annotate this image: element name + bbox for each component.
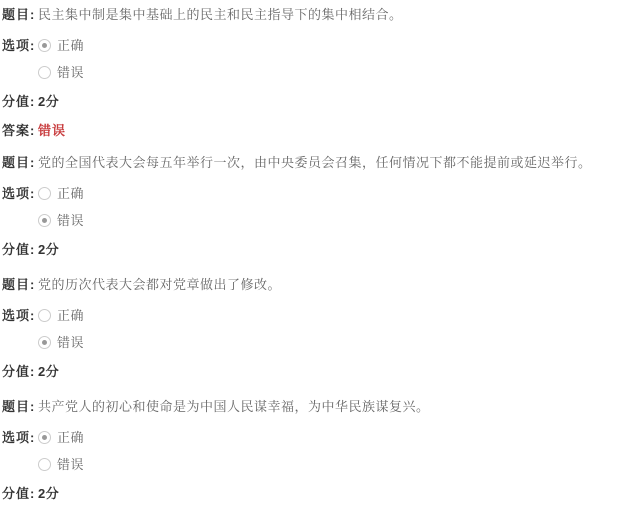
score-label: 分值: <box>2 242 38 257</box>
score-row: 分值: 2分 <box>2 486 631 501</box>
options-label: 选项: <box>2 430 38 445</box>
score-value: 2分 <box>38 242 59 257</box>
wrong-option-label[interactable]: 错误 <box>57 335 84 350</box>
question-title-row: 题目: 共产党人的初心和使命是为中国人民谋幸福，为中华民族谋复兴。 <box>2 399 631 414</box>
score-value: 2分 <box>38 94 59 109</box>
correct-radio-icon[interactable] <box>38 431 51 444</box>
option-row-wrong: 错误 <box>38 213 631 228</box>
question-label: 题目: <box>2 399 38 414</box>
question-text: 共产党人的初心和使命是为中国人民谋幸福，为中华民族谋复兴。 <box>38 399 430 414</box>
wrong-radio-icon[interactable] <box>38 458 51 471</box>
correct-option-label[interactable]: 正确 <box>57 308 84 323</box>
question-title-row: 题目: 党的历次代表大会都对党章做出了修改。 <box>2 277 631 292</box>
question-text: 党的历次代表大会都对党章做出了修改。 <box>38 277 281 292</box>
score-label: 分值: <box>2 94 38 109</box>
question-text: 党的全国代表大会每五年举行一次，由中央委员会召集，任何情况下都不能提前或延迟举行… <box>38 155 592 170</box>
option-row-correct: 选项: 正确 <box>2 38 631 53</box>
question-label: 题目: <box>2 155 38 170</box>
correct-option-label[interactable]: 正确 <box>57 430 84 445</box>
wrong-radio-icon[interactable] <box>38 66 51 79</box>
question-label: 题目: <box>2 277 38 292</box>
correct-radio-icon[interactable] <box>38 39 51 52</box>
option-row-correct: 选项: 正确 <box>2 430 631 445</box>
option-row-wrong: 错误 <box>38 457 631 472</box>
option-row-wrong: 错误 <box>38 65 631 80</box>
correct-option-label[interactable]: 正确 <box>57 38 84 53</box>
options-label: 选项: <box>2 308 38 323</box>
answer-label: 答案: <box>0 123 38 138</box>
wrong-option-label[interactable]: 错误 <box>57 457 84 472</box>
question-block: 题目: 共产党人的初心和使命是为中国人民谋幸福，为中华民族谋复兴。 选项: 正确… <box>2 399 631 501</box>
correct-radio-icon[interactable] <box>38 309 51 322</box>
score-row: 分值: 2分 <box>2 94 631 109</box>
question-label: 题目: <box>2 7 38 22</box>
wrong-radio-icon[interactable] <box>38 336 51 349</box>
score-value: 2分 <box>38 486 59 501</box>
score-value: 2分 <box>38 364 59 379</box>
score-label: 分值: <box>2 486 38 501</box>
option-row-correct: 选项: 正确 <box>2 186 631 201</box>
score-label: 分值: <box>2 364 38 379</box>
question-title-row: 题目: 党的全国代表大会每五年举行一次，由中央委员会召集，任何情况下都不能提前或… <box>2 155 631 170</box>
question-block: 题目: 党的全国代表大会每五年举行一次，由中央委员会召集，任何情况下都不能提前或… <box>2 155 631 257</box>
correct-radio-icon[interactable] <box>38 187 51 200</box>
question-title-row: 题目: 民主集中制是集中基础上的民主和民主指导下的集中相结合。 <box>2 7 631 22</box>
options-label: 选项: <box>2 38 38 53</box>
correct-option-label[interactable]: 正确 <box>57 186 84 201</box>
score-row: 分值: 2分 <box>2 242 631 257</box>
wrong-option-label[interactable]: 错误 <box>57 213 84 228</box>
answer-value: 错误 <box>38 123 66 138</box>
question-block: 题目: 民主集中制是集中基础上的民主和民主指导下的集中相结合。 选项: 正确 错… <box>2 7 631 138</box>
option-row-correct: 选项: 正确 <box>2 308 631 323</box>
answer-row: 答案: 错误 <box>0 123 631 138</box>
option-row-wrong: 错误 <box>38 335 631 350</box>
options-label: 选项: <box>2 186 38 201</box>
score-row: 分值: 2分 <box>2 364 631 379</box>
wrong-option-label[interactable]: 错误 <box>57 65 84 80</box>
question-block: 题目: 党的历次代表大会都对党章做出了修改。 选项: 正确 错误 分值: 2分 <box>2 277 631 379</box>
question-text: 民主集中制是集中基础上的民主和民主指导下的集中相结合。 <box>38 7 403 22</box>
wrong-radio-icon[interactable] <box>38 214 51 227</box>
